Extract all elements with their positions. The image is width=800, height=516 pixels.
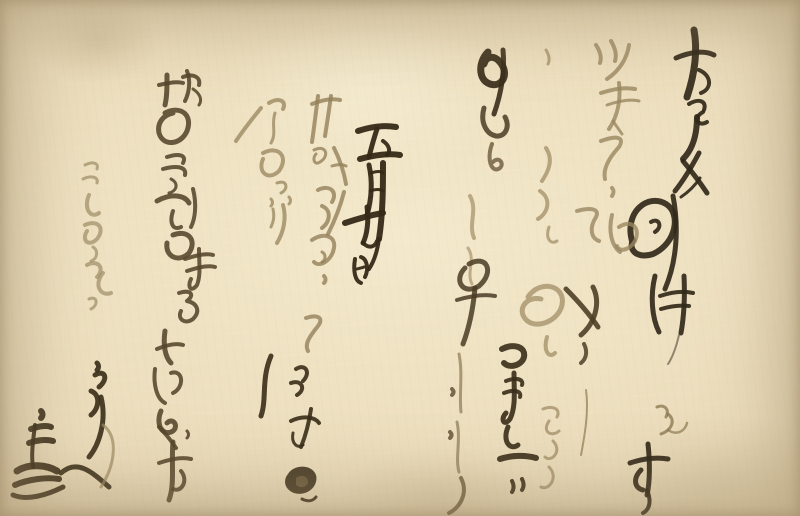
manuscript-page: Calligraphed letter with haiku, date and…: [0, 0, 800, 516]
calligraphy-column-tsukin: [500, 346, 536, 492]
calligraphy-column-signature: [261, 356, 319, 501]
calligraphy-layer: [0, 0, 800, 516]
address-kao-cipher: [13, 411, 63, 497]
calligraphy-column-fourth: [449, 50, 507, 513]
calligraphy-column-opening: [630, 30, 714, 513]
calligraphy-column-season: [236, 100, 291, 243]
calligraphy-column-date: [345, 126, 400, 283]
calligraphy-column-third: [522, 50, 562, 488]
calligraphy-column-second: [566, 41, 639, 455]
calligraphy-column-left: [83, 163, 111, 309]
calligraphy-column-haiku: [154, 71, 215, 500]
calligraphy-column-postscript: [306, 96, 346, 351]
calligraphy-column-address: [13, 363, 113, 497]
